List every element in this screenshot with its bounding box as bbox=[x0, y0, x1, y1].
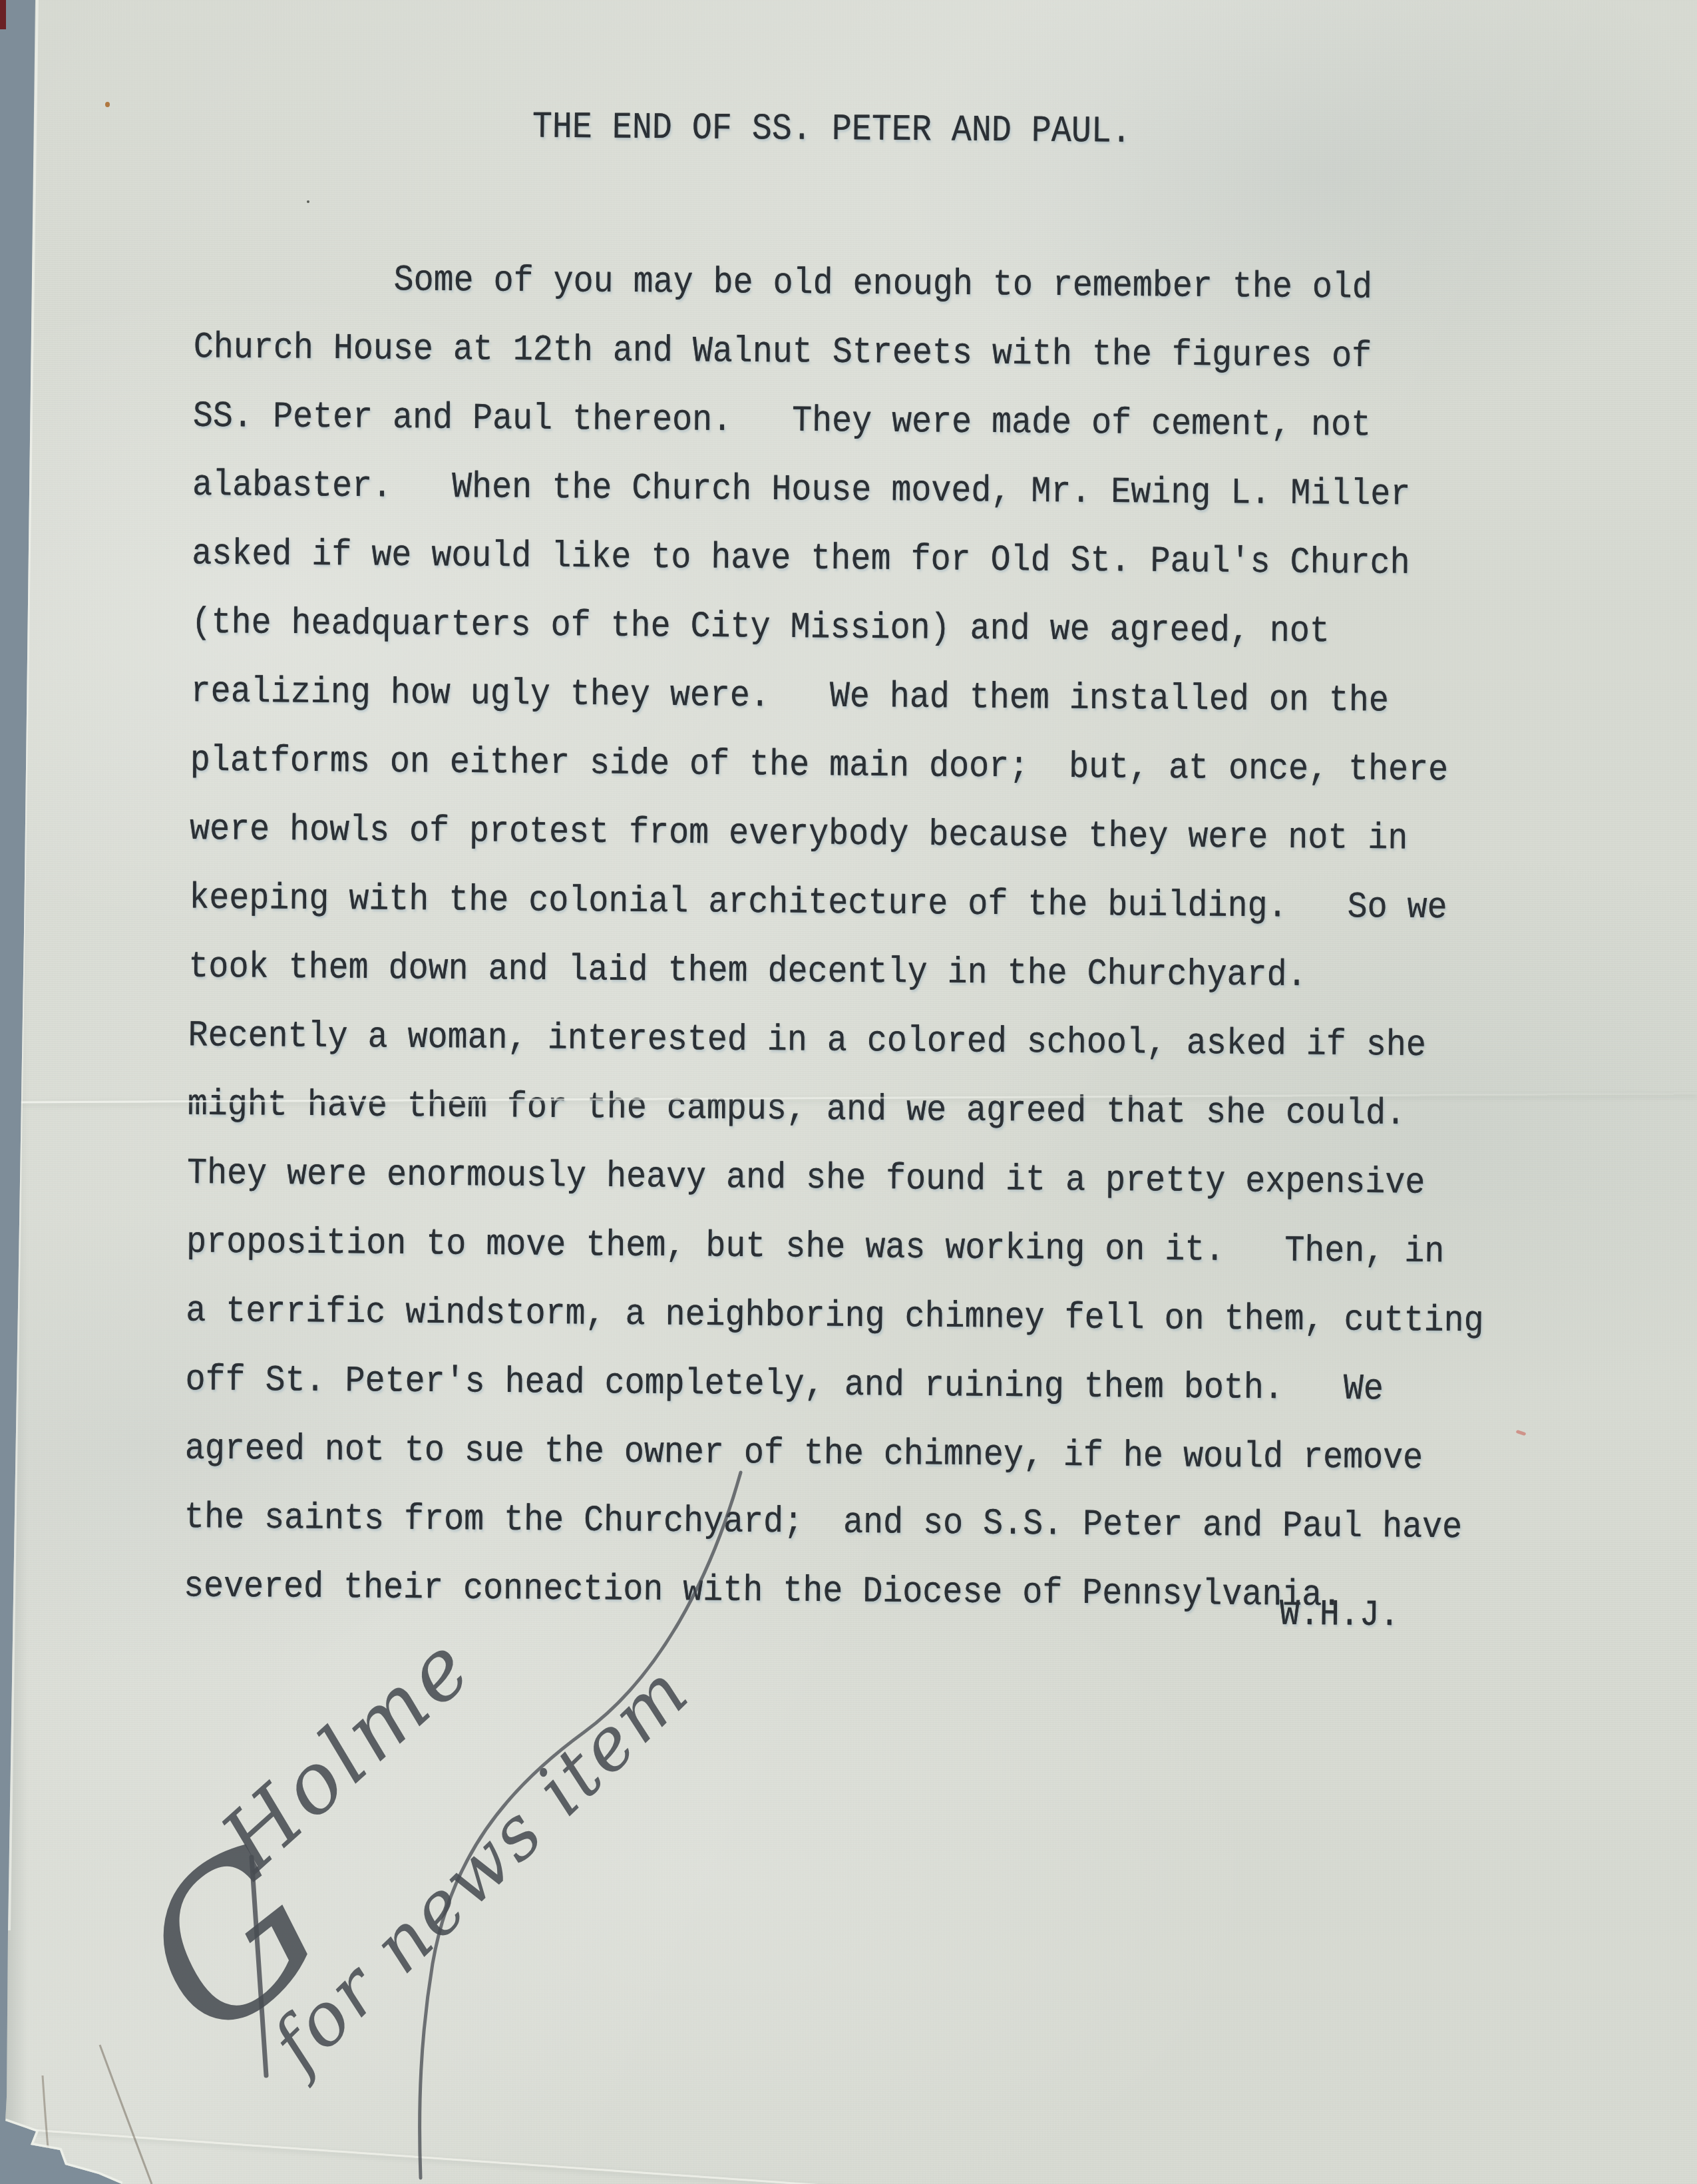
torn-edge-highlight bbox=[5, 2121, 122, 2184]
faint-pencil-line bbox=[100, 2045, 152, 2184]
red-ink-edge-mark bbox=[0, 0, 6, 29]
paper-speck bbox=[105, 102, 110, 107]
paper-speck bbox=[1516, 1430, 1527, 1436]
author-initials: W.H.J. bbox=[1280, 1596, 1400, 1636]
bottom-corner-crease bbox=[0, 2127, 863, 2184]
paper-speck bbox=[307, 200, 309, 203]
left-edge-highlight bbox=[9, 0, 37, 1930]
document-body-text: Some of you may be old enough to remembe… bbox=[184, 245, 1493, 1632]
paper-sheet: THE END OF SS. PETER AND PAUL. Some of y… bbox=[0, 0, 1697, 2184]
document-title: THE END OF SS. PETER AND PAUL. bbox=[532, 109, 1132, 152]
scanned-document-page: THE END OF SS. PETER AND PAUL. Some of y… bbox=[0, 0, 1697, 2184]
